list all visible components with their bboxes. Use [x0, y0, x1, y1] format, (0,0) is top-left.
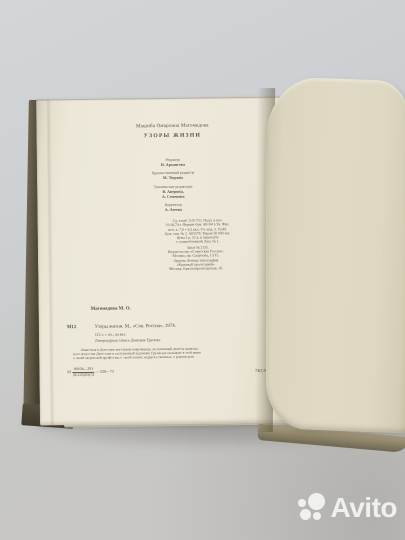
index-suffix: —328—73: [96, 370, 114, 375]
index-fraction: 80104—291 М-105(03)74: [73, 367, 95, 378]
catalog-entry: Узоры жизни. М., «Сов. Россия», 1974. 11…: [95, 323, 279, 343]
avito-logo-icon: [298, 493, 326, 523]
avito-watermark: Avito: [298, 492, 397, 524]
turned-blank-page: [266, 76, 405, 433]
author-full-name: Машиба Омаровна Магомедова: [66, 123, 278, 131]
catalog-code: М12: [67, 325, 77, 331]
catalog-author: Магомедова М. О.: [91, 306, 131, 312]
colophon-page: Машиба Омаровна Магомедова УЗОРЫ ЖИЗНИ Р…: [36, 96, 290, 425]
avito-wordmark: Avito: [331, 492, 397, 524]
print-imprint-block: Сд. в наб. 9.IV.73 г. Подп. в печ. 19.II…: [131, 218, 263, 250]
book-index-formula: М 80104—291 М-105(03)74 —328—73: [67, 367, 114, 379]
catalog-title-line: Узоры жизни. М., «Сов. Россия», 1974.: [95, 323, 279, 331]
author-title-block: Машиба Омаровна Магомедова УЗОРЫ ЖИЗНИ: [66, 123, 278, 141]
catalog-record-line: Литературная запись Дмитрия Трунова.: [95, 336, 279, 343]
book-title: УЗОРЫ ЖИЗНИ: [66, 131, 278, 140]
product-photo: Машиба Омаровна Магомедова УЗОРЫ ЖИЗНИ Р…: [0, 0, 405, 540]
staff-credits-block: Редактор Н. Архангова Художественный ред…: [67, 153, 280, 214]
index-prefix: М: [67, 370, 71, 375]
annotation-block: Известная в Дагестане мастерица-ковровщи…: [73, 346, 275, 361]
index-denominator: М-105(03)74: [73, 373, 95, 378]
